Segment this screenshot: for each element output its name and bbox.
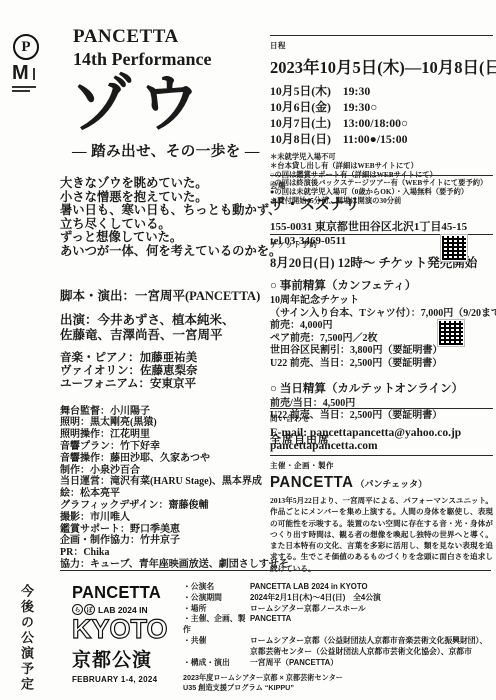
producer-logo: PANCETTA <box>270 474 353 492</box>
music-block: 音楽・ピアノ：加藤亜祐美 ヴァイオリン：佐藤恵梨奈 ユーフォニアム：安東京平 <box>60 352 268 392</box>
info-row: ・主催、企画、製作 PANCETTA <box>183 614 491 636</box>
date-range: 2023年10月5日(木)—10月8日(日) <box>270 54 493 78</box>
staff-line: 企画・制作協力：竹井京子 <box>60 535 268 547</box>
info-label: ・主催、企画、製作 <box>183 614 250 636</box>
info-value: 2024年2月1日(木)〜4日(日) 全4公演 <box>250 593 491 604</box>
staff-line: 撮影：市川唯人 <box>60 512 268 524</box>
producer-name-row: PANCETTA （パンチェッタ） <box>270 474 493 491</box>
left-column: PANCETTA 14th Performance ゾウ ― 踏み出せ、その一歩… <box>60 26 268 571</box>
m-logo-caption-line <box>12 86 36 88</box>
kyoto-logo-pancetta: PANCETTA <box>72 583 172 604</box>
cast-block: 出演：今井あずさ、植本純米、 佐藤竜、吉澤尚吾、一宮周平 <box>60 313 268 342</box>
staff-line: 鑑賞サポート：野口季美恵 <box>60 524 268 536</box>
info-footer: 2023年度ロームシアター京都 × 京都芸術センター U35 創造支援プログラム… <box>183 673 491 693</box>
staff-line: 絵：松本亮平 <box>60 488 268 500</box>
producer-kana: （パンチェッタ） <box>355 477 427 490</box>
qr-pattern <box>439 321 463 345</box>
poem-line: 大きなゾウを眺めていた。 <box>60 177 268 191</box>
staff-block: 舞台監督：小川陽子 照明：黒太剛亮(黒猿) 照明操作：江花明里 音響プラン：竹下… <box>60 406 268 571</box>
info-label: ・公演名 <box>183 582 250 593</box>
music-line: ヴァイオリン：佐藤恵梨奈 <box>60 365 268 378</box>
schedule-label: 日程 <box>270 40 493 51</box>
poem-line: 立ち尽くしている。 <box>60 218 268 232</box>
unit-name: PANCETTA <box>73 26 268 48</box>
info-label: ・公演期間 <box>183 593 250 604</box>
info-value: PANCETTA LAB 2024 in KYOTO <box>250 582 491 593</box>
staff-line: 照明操作：江花明里 <box>60 429 268 441</box>
show-time: 10月8日(日) 11:00●/15:00 <box>270 131 493 147</box>
staff-line: 当日運営：滝沢有菜(HARU Stage)、黒本界成 <box>60 476 268 488</box>
info-row: ・構成・演出 一宮周平（PANCETTA） <box>183 658 491 669</box>
cast-line: 佐藤竜、吉澤尚吾、一宮周平 <box>60 328 268 343</box>
producer-label: 主催・企画・製作 <box>270 460 493 471</box>
upcoming-section: 今後の公演予定 PANCETTA ら ぼ LAB 2024 IN KYOTO 京… <box>0 570 496 700</box>
price-line: 10周年記念チケット <box>270 295 493 308</box>
info-value: PANCETTA <box>250 614 491 636</box>
m-logo-side-text <box>33 68 35 80</box>
door-payment-heading: ○ 当日精算（カルテットオンライン） <box>270 380 493 396</box>
info-label: ・共催 <box>183 636 250 658</box>
staff-line: 舞台監督：小川陽子 <box>60 406 268 418</box>
kyoto-logo-kyoto: KYOTO <box>72 616 172 643</box>
venue-address: 155-0031 東京都世田谷区北沢1丁目45-15 <box>270 218 493 234</box>
info-footer-line: 2023年度ロームシアター京都 × 京都芸術センター <box>183 673 491 683</box>
staff-line: 音響操作：藤田沙耶、久家あつや <box>60 453 268 465</box>
info-row: ・場所 ロームシアター京都ノースホール <box>183 604 491 615</box>
info-row: ・公演名 PANCETTA LAB 2024 in KYOTO <box>183 582 491 593</box>
staff-line: 音響プラン：竹下好幸 <box>60 441 268 453</box>
direction-credit: 脚本・演出：一宮周平(PANCETTA) <box>60 286 268 304</box>
info-row: ・公演期間 2024年2月1日(木)〜4日(日) 全4公演 <box>183 593 491 604</box>
poem-line: あいつが一体、何を考えているのかを。 <box>60 245 268 259</box>
kyoto-show-logo: PANCETTA ら ぼ LAB 2024 IN KYOTO 京都公演 FEBR… <box>72 583 172 684</box>
info-value: 一宮周平（PANCETTA） <box>250 658 491 669</box>
producer-bio: 2013年5月22日より、一宮周平による、パフォーマンスユニット。作品ごとにメン… <box>270 495 493 574</box>
show-time: 10月6日(金) 19:30○ <box>270 99 493 115</box>
music-line: ユーフォニアム：安東京平 <box>60 378 268 391</box>
staff-line: 照明：黒太剛亮(黒猿) <box>60 417 268 429</box>
upcoming-info-table: ・公演名 PANCETTA LAB 2024 in KYOTO ・公演期間 20… <box>183 582 491 693</box>
upcoming-side-label: 今後の公演予定 <box>17 584 36 693</box>
staff-line: PR：Chika <box>60 547 268 559</box>
staff-line: グラフィックデザイン：齋藤俊輔 <box>60 500 268 512</box>
poem-line: 小さな憎悪を抱えていた。 <box>60 191 268 205</box>
show-subtitle: ― 踏み出せ、その一歩を ― <box>72 140 268 161</box>
contact-website[interactable]: pancettapancetta.com <box>270 440 493 452</box>
info-label: ・場所 <box>183 604 250 615</box>
cast-line: 出演：今井あずさ、植本純米、 <box>60 313 268 328</box>
producer-section: 主催・企画・製作 PANCETTA （パンチェッタ） 2013年5月22日より、… <box>270 455 493 574</box>
show-time: 10月5日(木) 19:30 <box>270 83 493 99</box>
qr-code-door <box>437 319 465 347</box>
pancetta-p-logo-icon: P <box>13 34 39 60</box>
info-label: ・構成・演出 <box>183 658 250 669</box>
show-times: 10月5日(木) 19:30 10月6日(金) 19:30○ 10月7日(土) … <box>270 83 493 147</box>
kyoto-logo-dates: FEBRUARY 1-4, 2024 <box>72 675 172 684</box>
info-value: ロームシアター京都（公益財団法人京都市音楽芸術文化振興財団）、京都芸術センター（… <box>250 636 491 658</box>
kyoto-logo-kanji: 京都公演 <box>72 645 172 672</box>
info-value: ロームシアター京都ノースホール <box>250 604 491 615</box>
price-line: 世田谷区民割引：3,800円（要証明書） <box>270 345 493 358</box>
poem-line: 暑い日も、寒い日も、ちっとも動かず、 <box>60 204 268 218</box>
staff-line: 制作：小泉沙百合 <box>60 465 268 477</box>
poem-line: ずっと想像していた。 <box>60 231 268 245</box>
morishita-m-logo-icon: M <box>12 64 29 82</box>
performance-number: 14th Performance <box>73 48 268 70</box>
m-logo-caption-line <box>12 90 30 92</box>
poem-block: 大きなゾウを眺めていた。 小さな憎悪を抱えていた。 暑い日も、寒い日も、ちっとも… <box>60 177 268 258</box>
price-line: U22 前売、当日：2,500円（要証明書） <box>270 358 493 371</box>
info-row: ・共催 ロームシアター京都（公益財団法人京都市音楽芸術文化振興財団）、京都芸術セ… <box>183 636 491 658</box>
contact-label: 問い合わせ <box>270 413 493 424</box>
music-line: 音楽・ピアノ：加藤亜祐美 <box>60 352 268 365</box>
advance-payment-heading: ○ 事前精算（カンフェティ） <box>270 277 493 293</box>
contact-email[interactable]: E-mail: pancettapancetta@yahoo.co.jp <box>270 427 493 439</box>
show-title: ゾウ <box>70 72 268 138</box>
kyoto-logo-lab-text: LAB 2024 IN <box>98 605 148 615</box>
qr-code-advance <box>440 234 468 262</box>
contact-section: 問い合わせ E-mail: pancettapancetta@yahoo.co.… <box>270 408 493 452</box>
staff-line: 協力：キューブ、青年座映画放送、劇団さしすせそ <box>60 559 268 571</box>
show-time: 10月7日(土) 13:00/18:00○ <box>270 115 493 131</box>
info-footer-line: U35 創造支援プログラム “KIPPU” <box>183 683 491 693</box>
venue-name: ザ・スズナリ <box>270 193 493 214</box>
divider-rule <box>60 570 491 571</box>
flyer-page: P M PANCETTA 14th Performance ゾウ ― 踏み出せ、… <box>0 0 496 700</box>
venue-label: 会場 <box>270 180 493 191</box>
qr-pattern <box>442 236 466 260</box>
